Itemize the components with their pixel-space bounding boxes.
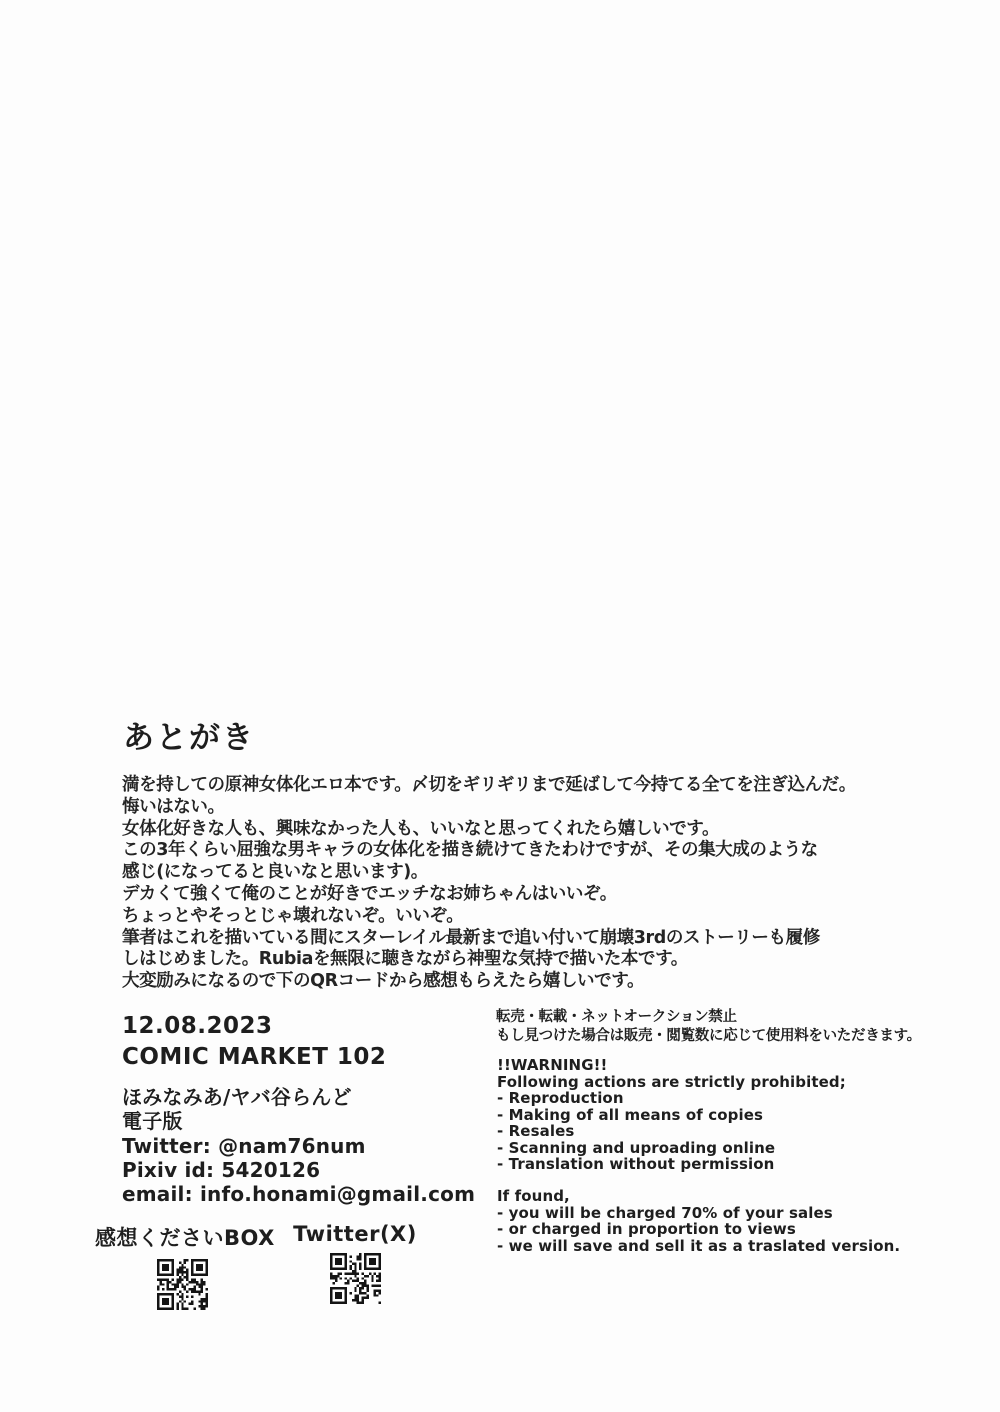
- contact-line: email: info.honami@gmail.com: [122, 1182, 475, 1206]
- warning-block: !!WARNING!! Following actions are strict…: [497, 1057, 846, 1173]
- prohibited-item: - Scanning and uproading online: [497, 1140, 846, 1157]
- resale-notice-line: 転売・転載・ネットオークション禁止: [496, 1008, 921, 1027]
- warning-title: !!WARNING!!: [497, 1057, 846, 1074]
- afterword-text-line: 女体化好きな人も、興味なかった人も、いいなと思ってくれたら嬉しいです。: [122, 819, 887, 841]
- event-name: COMIC MARKET 102: [122, 1042, 386, 1073]
- resale-notice-line: もし見つけた場合は販売・閲覧数に応じて使用料をいただきます。: [496, 1027, 921, 1046]
- event-date: 12.08.2023: [122, 1011, 386, 1042]
- contact-block: ほみなみあ/ヤバ谷らんど電子版Twitter: @nam76numPixiv i…: [122, 1085, 475, 1206]
- if-found-item: - you will be charged 70% of your sales: [497, 1205, 900, 1222]
- qr-label: Twitter(X): [293, 1222, 417, 1246]
- afterword-text-line: この3年くらい屈強な男キャラの女体化を描き続けてきたわけですが、その集大成のよう…: [122, 840, 887, 862]
- afterword-text-line: デカくて強くて俺のことが好きでエッチなお姉ちゃんはいいぞ。: [122, 884, 887, 906]
- contact-line: Twitter: @nam76num: [122, 1134, 475, 1158]
- afterword-text-line: しはじめました。Rubiaを無限に聴きながら神聖な気持で描いた本です。: [122, 949, 887, 971]
- qr-code-icon: [157, 1259, 208, 1310]
- afterword-text-line: 大変励みになるので下のQRコードから感想もらえたら嬉しいです。: [122, 971, 887, 993]
- if-found-title: If found,: [497, 1188, 900, 1205]
- twitter-qr-group: Twitter(X): [293, 1222, 417, 1304]
- afterword-text-line: ちょっとやそっとじゃ壊れないぞ。いいぞ。: [122, 906, 887, 928]
- qr-label: 感想くださいBOX: [95, 1222, 270, 1252]
- contact-line: ほみなみあ/ヤバ谷らんど: [122, 1085, 475, 1109]
- if-found-list: - you will be charged 70% of your sales-…: [497, 1205, 900, 1255]
- warning-intro: Following actions are strictly prohibite…: [497, 1074, 846, 1091]
- doujin-afterword-page: あとがき 満を持しての原神女体化エロ本です。〆切をギリギリまで延ばして今持てる全…: [0, 0, 1000, 1412]
- resale-notice-jp: 転売・転載・ネットオークション禁止もし見つけた場合は販売・閲覧数に応じて使用料を…: [496, 1008, 921, 1046]
- afterword-text-line: 感じ(になってると良いなと思います)。: [122, 862, 887, 884]
- if-found-item: - we will save and sell it as a traslate…: [497, 1238, 900, 1255]
- afterword-text-line: 満を持しての原神女体化エロ本です。〆切をギリギリまで延ばして今持てる全てを注ぎ込…: [122, 775, 887, 797]
- if-found-block: If found, - you will be charged 70% of y…: [497, 1188, 900, 1254]
- afterword-title: あとがき: [123, 712, 255, 757]
- prohibited-item: - Reproduction: [497, 1090, 846, 1107]
- feedback-qr-group: 感想くださいBOX: [95, 1222, 270, 1310]
- afterword-text: 満を持しての原神女体化エロ本です。〆切をギリギリまで延ばして今持てる全てを注ぎ込…: [122, 775, 887, 993]
- event-block: 12.08.2023 COMIC MARKET 102: [122, 1011, 386, 1073]
- afterword-text-line: 筆者はこれを描いている間にスターレイル最新まで追い付いて崩壊3rdのストーリーも…: [122, 928, 887, 950]
- if-found-item: - or charged in proportion to views: [497, 1221, 900, 1238]
- afterword-text-line: 悔いはない。: [122, 797, 887, 819]
- prohibited-item: - Resales: [497, 1123, 846, 1140]
- prohibited-item: - Translation without permission: [497, 1156, 846, 1173]
- qr-code-icon: [330, 1253, 381, 1304]
- contact-line: Pixiv id: 5420126: [122, 1158, 475, 1182]
- prohibited-item: - Making of all means of copies: [497, 1107, 846, 1124]
- contact-line: 電子版: [122, 1109, 475, 1133]
- prohibited-list: - Reproduction- Making of all means of c…: [497, 1090, 846, 1173]
